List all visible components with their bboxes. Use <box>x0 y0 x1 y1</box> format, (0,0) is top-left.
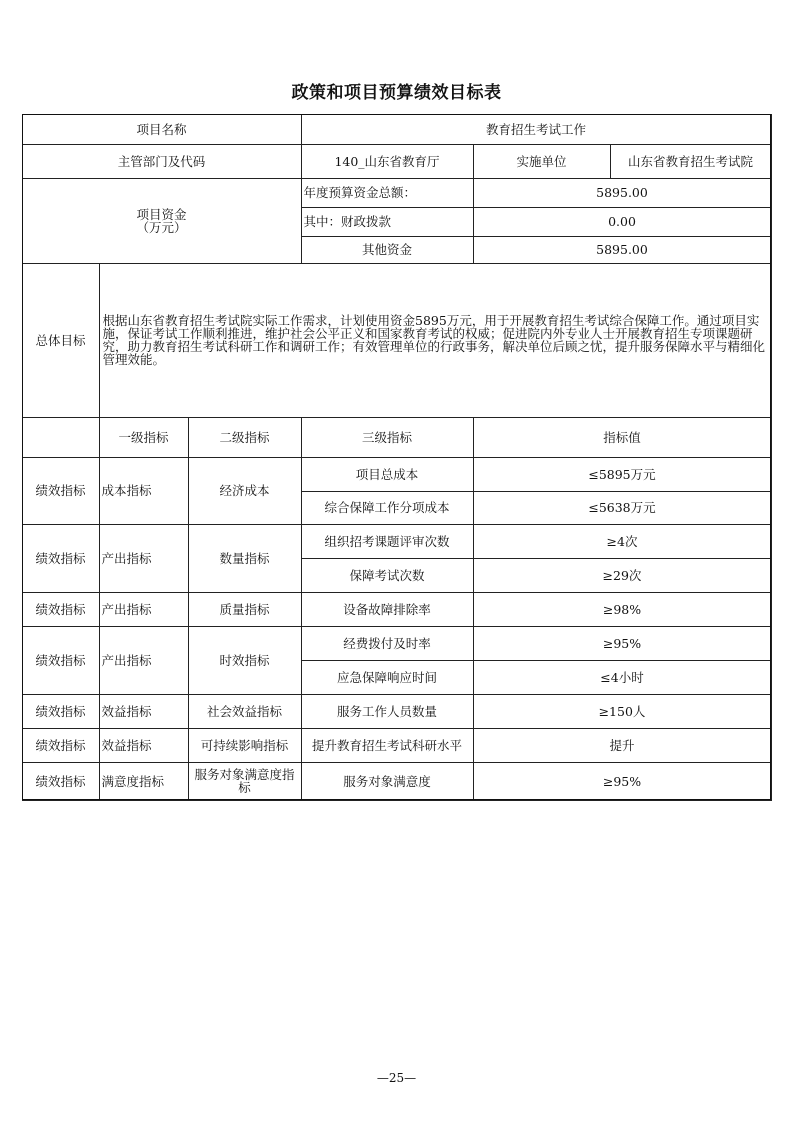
indicator-value-text: ≤4小时 <box>600 671 643 684</box>
dept-value: 140_山东省教育厅 <box>301 144 474 179</box>
funds-label: 项目资金 （万元） <box>22 178 302 264</box>
indicator-value: ≥95% <box>473 762 772 801</box>
dept-label: 主管部门及代码 <box>22 144 302 179</box>
level3-indicator: 设备故障排除率 <box>301 592 474 627</box>
level3-indicator: 组织招考课题评审次数 <box>301 524 474 559</box>
page-number: —25— <box>0 1071 793 1085</box>
level1-indicator-text: 效益指标 <box>102 705 152 718</box>
level3-indicator-text: 设备故障排除率 <box>343 603 431 616</box>
level1-indicator-text: 产出指标 <box>102 552 152 565</box>
indicator-category-text: 绩效指标 <box>35 775 85 788</box>
funds-row-value-text: 0.00 <box>608 215 636 228</box>
goal-label: 总体目标 <box>22 263 100 418</box>
level2-indicator: 可持续影响指标 <box>188 728 302 763</box>
indicator-category-text: 绩效指标 <box>35 484 85 497</box>
impl-value: 山东省教育招生考试院 <box>610 144 772 179</box>
indicator-category: 绩效指标 <box>22 457 100 525</box>
indicator-value: ≤4小时 <box>473 660 772 695</box>
indicator-category-text: 绩效指标 <box>35 603 85 616</box>
dept-label-text: 主管部门及代码 <box>118 155 206 168</box>
level1-indicator: 产出指标 <box>99 592 189 627</box>
indicator-value: ≤5895万元 <box>473 457 772 492</box>
indicator-header-text: 一级指标 <box>118 431 168 444</box>
level1-indicator-text: 满意度指标 <box>102 775 165 788</box>
level3-indicator: 服务工作人员数量 <box>301 694 474 729</box>
level2-indicator-text: 时效指标 <box>219 654 269 667</box>
level3-indicator: 综合保障工作分项成本 <box>301 491 474 525</box>
indicator-category: 绩效指标 <box>22 524 100 593</box>
level1-indicator: 满意度指标 <box>99 762 189 801</box>
funds-row-value-text: 5895.00 <box>596 243 648 256</box>
indicator-value: ≥98% <box>473 592 772 627</box>
funds-row-label-text: 年度预算资金总额： <box>304 186 417 199</box>
level2-indicator-text: 社会效益指标 <box>207 705 282 718</box>
indicator-header: 一级指标 <box>99 417 189 458</box>
level2-indicator: 服务对象满意度指标 <box>188 762 302 801</box>
indicator-value-text: ≤5895万元 <box>588 468 655 481</box>
indicator-value: ≥150人 <box>473 694 772 729</box>
level3-indicator-text: 应急保障响应时间 <box>337 671 437 684</box>
indicator-value-text: ≥150人 <box>599 705 646 718</box>
indicator-value-text: ≥95% <box>603 775 641 788</box>
level2-indicator-text: 质量指标 <box>219 603 269 616</box>
project-name-value: 教育招生考试工作 <box>301 114 772 145</box>
level3-indicator-text: 服务工作人员数量 <box>337 705 437 718</box>
level3-indicator: 服务对象满意度 <box>301 762 474 801</box>
indicator-category: 绩效指标 <box>22 626 100 695</box>
funds-row-label: 年度预算资金总额： <box>301 178 474 208</box>
funds-row-label-text: 其他资金 <box>362 243 412 256</box>
indicator-value-text: ≥98% <box>603 603 641 616</box>
indicator-category-text: 绩效指标 <box>35 654 85 667</box>
level3-indicator-text: 综合保障工作分项成本 <box>324 501 449 514</box>
indicator-category: 绩效指标 <box>22 762 100 801</box>
level1-indicator-text: 效益指标 <box>102 739 152 752</box>
level1-indicator: 产出指标 <box>99 626 189 695</box>
indicator-header-text: 三级指标 <box>362 431 412 444</box>
level3-indicator: 保障考试次数 <box>301 558 474 593</box>
indicator-value: ≥29次 <box>473 558 772 593</box>
level2-indicator: 时效指标 <box>188 626 302 695</box>
indicator-value: 提升 <box>473 728 772 763</box>
indicator-category: 绩效指标 <box>22 592 100 627</box>
indicator-category: 绩效指标 <box>22 694 100 729</box>
indicator-header <box>22 417 100 458</box>
level1-indicator: 效益指标 <box>99 694 189 729</box>
goal-label-text: 总体目标 <box>35 334 85 347</box>
project-name-label-text: 项目名称 <box>136 123 186 136</box>
indicator-value: ≥4次 <box>473 524 772 559</box>
level2-indicator: 经济成本 <box>188 457 302 525</box>
dept-value-text: 140_山东省教育厅 <box>334 155 439 168</box>
indicator-header-text: 二级指标 <box>219 431 269 444</box>
funds-row-value: 5895.00 <box>473 236 772 264</box>
indicator-category-text: 绩效指标 <box>35 552 85 565</box>
indicator-header: 三级指标 <box>301 417 474 458</box>
funds-row-label-text: 其中：财政拨款 <box>304 215 392 228</box>
indicator-header: 二级指标 <box>188 417 302 458</box>
level1-indicator-text: 产出指标 <box>102 603 152 616</box>
level3-indicator: 经费拨付及时率 <box>301 626 474 661</box>
indicator-category-text: 绩效指标 <box>35 739 85 752</box>
indicator-value: ≥95% <box>473 626 772 661</box>
level1-indicator-text: 产出指标 <box>102 654 152 667</box>
indicator-value: ≤5638万元 <box>473 491 772 525</box>
funds-label-text: 项目资金 （万元） <box>136 208 186 234</box>
indicator-category-text: 绩效指标 <box>35 705 85 718</box>
level2-indicator: 数量指标 <box>188 524 302 593</box>
impl-label: 实施单位 <box>473 144 611 179</box>
goal-text-text: 根据山东省教育招生考试院实际工作需求，计划使用资金5895万元，用于开展教育招生… <box>103 314 768 366</box>
project-name-label: 项目名称 <box>22 114 302 145</box>
impl-label-text: 实施单位 <box>516 155 566 168</box>
level1-indicator: 产出指标 <box>99 524 189 593</box>
indicator-header-text: 指标值 <box>603 431 641 444</box>
level1-indicator: 效益指标 <box>99 728 189 763</box>
level3-indicator-text: 组织招考课题评审次数 <box>324 535 449 548</box>
funds-row-value-text: 5895.00 <box>596 186 648 199</box>
indicator-header: 指标值 <box>473 417 772 458</box>
level3-indicator: 提升教育招生考试科研水平 <box>301 728 474 763</box>
page-title: 政策和项目预算绩效目标表 <box>0 78 793 103</box>
level1-indicator: 成本指标 <box>99 457 189 525</box>
project-name-value-text: 教育招生考试工作 <box>486 123 586 136</box>
indicator-category: 绩效指标 <box>22 728 100 763</box>
level2-indicator-text: 数量指标 <box>219 552 269 565</box>
goal-text: 根据山东省教育招生考试院实际工作需求，计划使用资金5895万元，用于开展教育招生… <box>99 263 772 418</box>
funds-row-value: 5895.00 <box>473 178 772 208</box>
funds-row-label: 其他资金 <box>301 236 474 264</box>
level3-indicator-text: 提升教育招生考试科研水平 <box>312 739 462 752</box>
level3-indicator: 应急保障响应时间 <box>301 660 474 695</box>
indicator-value-text: 提升 <box>609 739 634 752</box>
level3-indicator-text: 项目总成本 <box>356 468 419 481</box>
funds-row-value: 0.00 <box>473 207 772 237</box>
funds-row-label: 其中：财政拨款 <box>301 207 474 237</box>
level3-indicator-text: 服务对象满意度 <box>343 775 431 788</box>
indicator-value-text: ≥4次 <box>607 535 638 548</box>
indicator-value-text: ≥29次 <box>603 569 642 582</box>
indicator-value-text: ≥95% <box>603 637 641 650</box>
impl-value-text: 山东省教育招生考试院 <box>628 155 753 168</box>
level2-indicator-text: 经济成本 <box>219 484 269 497</box>
level1-indicator-text: 成本指标 <box>102 484 152 497</box>
level2-indicator-text: 服务对象满意度指标 <box>195 768 295 794</box>
level2-indicator-text: 可持续影响指标 <box>201 739 289 752</box>
level3-indicator-text: 保障考试次数 <box>349 569 424 582</box>
level2-indicator: 社会效益指标 <box>188 694 302 729</box>
indicator-value-text: ≤5638万元 <box>588 501 655 514</box>
level2-indicator: 质量指标 <box>188 592 302 627</box>
level3-indicator-text: 经费拨付及时率 <box>343 637 431 650</box>
level3-indicator: 项目总成本 <box>301 457 474 492</box>
